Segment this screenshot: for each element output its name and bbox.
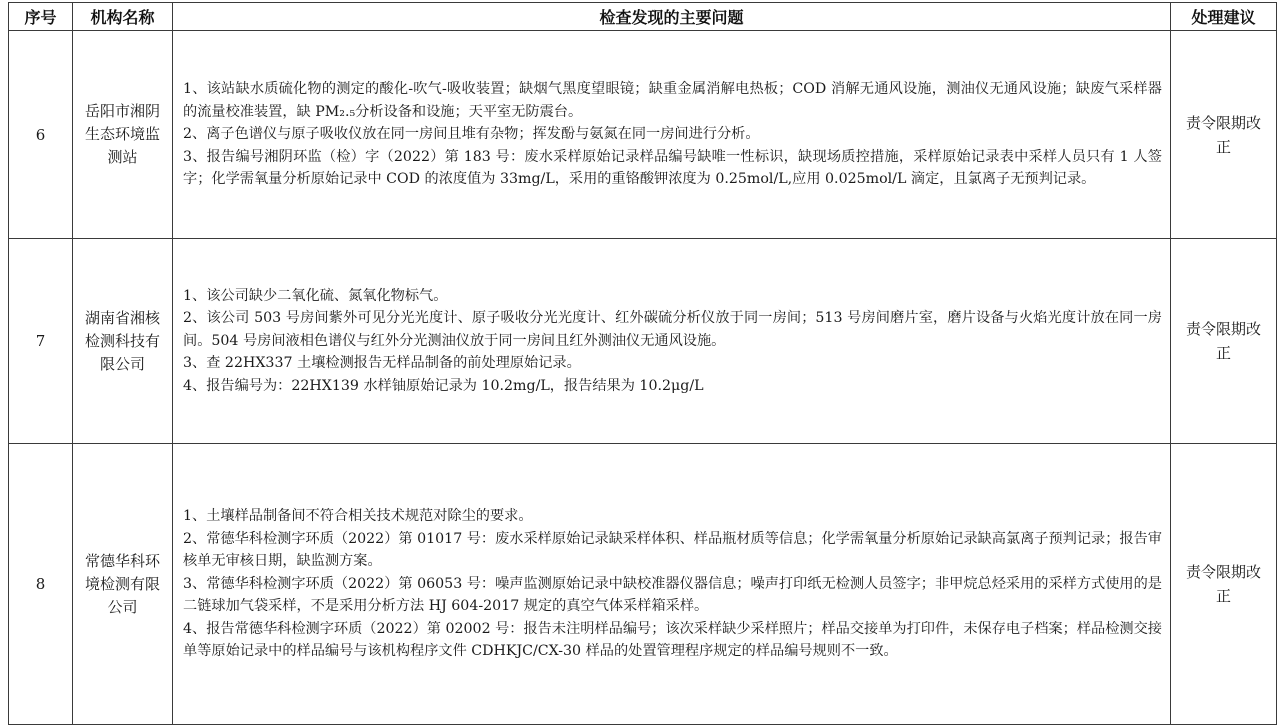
header-institution-name: 机构名称 xyxy=(73,3,173,31)
row-issues: 1、土壤样品制备间不符合相关技术规范对除尘的要求。 2、常德华科检测字环质（20… xyxy=(173,444,1171,725)
issue-item: 2、离子色谱仪与原子吸收仪放在同一房间且堆有杂物；挥发酚与氨氮在同一房间进行分析… xyxy=(183,123,1162,146)
issue-item: 4、报告常德华科检测字环质（2022）第 02002 号：报告未注明样品编号；该… xyxy=(183,618,1162,663)
issue-item: 1、该站缺水质硫化物的测定的酸化-吹气-吸收装置；缺烟气黑度望眼镜；缺重金属消解… xyxy=(183,78,1162,123)
row-institution-name: 常德华科环境检测有限公司 xyxy=(73,444,173,725)
row-suggestion: 责令限期改正 xyxy=(1171,31,1277,239)
header-serial-number: 序号 xyxy=(9,3,73,31)
row-institution-name: 岳阳市湘阴生态环境监测站 xyxy=(73,31,173,239)
row-issues: 1、该站缺水质硫化物的测定的酸化-吹气-吸收装置；缺烟气黑度望眼镜；缺重金属消解… xyxy=(173,31,1171,239)
row-suggestion: 责令限期改正 xyxy=(1171,239,1277,444)
issue-item: 3、查 22HX337 土壤检测报告无样品制备的前处理原始记录。 xyxy=(183,352,1162,375)
row-issues: 1、该公司缺少二氧化硫、氮氧化物标气。 2、该公司 503 号房间紫外可见分光光… xyxy=(173,239,1171,444)
table-row: 6 岳阳市湘阴生态环境监测站 1、该站缺水质硫化物的测定的酸化-吹气-吸收装置；… xyxy=(9,31,1277,239)
header-handling-suggestion: 处理建议 xyxy=(1171,3,1277,31)
header-main-issues: 检查发现的主要问题 xyxy=(173,3,1171,31)
table-header-row: 序号 机构名称 检查发现的主要问题 处理建议 xyxy=(9,3,1277,31)
issue-item: 2、常德华科检测字环质（2022）第 01017 号：废水采样原始记录缺采样体积… xyxy=(183,528,1162,573)
row-suggestion: 责令限期改正 xyxy=(1171,444,1277,725)
issue-item: 3、常德华科检测字环质（2022）第 06053 号：噪声监测原始记录中缺校准器… xyxy=(183,573,1162,618)
row-institution-name: 湖南省湘核检测科技有限公司 xyxy=(73,239,173,444)
issue-item: 1、土壤样品制备间不符合相关技术规范对除尘的要求。 xyxy=(183,505,1162,528)
issue-item: 2、该公司 503 号房间紫外可见分光光度计、原子吸收分光光度计、红外碳硫分析仪… xyxy=(183,307,1162,352)
issue-item: 1、该公司缺少二氧化硫、氮氧化物标气。 xyxy=(183,285,1162,308)
table-row: 7 湖南省湘核检测科技有限公司 1、该公司缺少二氧化硫、氮氧化物标气。 2、该公… xyxy=(9,239,1277,444)
row-serial-number: 8 xyxy=(9,444,73,725)
table-row: 8 常德华科环境检测有限公司 1、土壤样品制备间不符合相关技术规范对除尘的要求。… xyxy=(9,444,1277,725)
issue-item: 3、报告编号湘阴环监（检）字（2022）第 183 号：废水采样原始记录样品编号… xyxy=(183,146,1162,191)
row-serial-number: 7 xyxy=(9,239,73,444)
issue-item: 4、报告编号为：22HX139 水样铀原始记录为 10.2mg/L，报告结果为 … xyxy=(183,375,1162,398)
inspection-report-page: 序号 机构名称 检查发现的主要问题 处理建议 6 岳阳市湘阴生态环境监测站 1、… xyxy=(8,2,1276,722)
inspection-findings-table: 序号 机构名称 检查发现的主要问题 处理建议 6 岳阳市湘阴生态环境监测站 1、… xyxy=(8,2,1277,725)
row-serial-number: 6 xyxy=(9,31,73,239)
